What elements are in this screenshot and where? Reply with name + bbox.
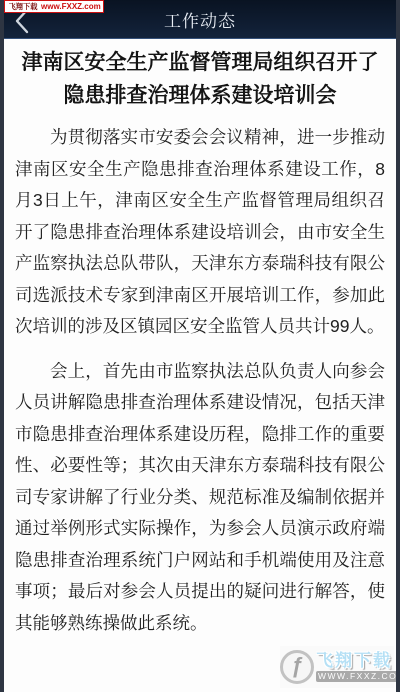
bottom-watermark-text: 飞翔下载 WWW.FXXZ.COM xyxy=(316,652,400,682)
app-screen: 工作动态 飞翔下载 www.FXXZ.com 津南区安全生产监督管理局组织召开了… xyxy=(0,0,400,692)
logo-glyph: ƒ xyxy=(291,655,303,677)
bottom-watermark-name: 飞翔下载 xyxy=(316,652,400,670)
top-watermark-url: www.FXXZ.com xyxy=(41,1,101,12)
article-paragraph: 为贯彻落实市安委会会议精神，进一步推动津南区安全生产隐患排查治理体系建设工作，8… xyxy=(15,122,385,343)
article-paragraph: 会上，首先由市监察执法总队负责人向参会人员讲解隐患排查治理体系建设情况，包括天津… xyxy=(15,356,385,640)
bottom-watermark: ƒ 飞翔下载 WWW.FXXZ.COM xyxy=(280,646,394,688)
top-watermark-name: 飞翔下载 xyxy=(9,2,38,12)
top-watermark: 飞翔下载 www.FXXZ.com xyxy=(4,0,104,13)
article-title: 津南区安全生产监督管理局组织召开了隐患排查治理体系建设培训会 xyxy=(15,46,385,112)
fxxz-logo-icon: ƒ xyxy=(280,650,314,684)
page-title: 工作动态 xyxy=(164,7,236,32)
article-body: 津南区安全生产监督管理局组织召开了隐患排查治理体系建设培训会 为贯彻落实市安委会… xyxy=(4,38,396,692)
bottom-watermark-url: WWW.FXXZ.COM xyxy=(316,671,400,682)
